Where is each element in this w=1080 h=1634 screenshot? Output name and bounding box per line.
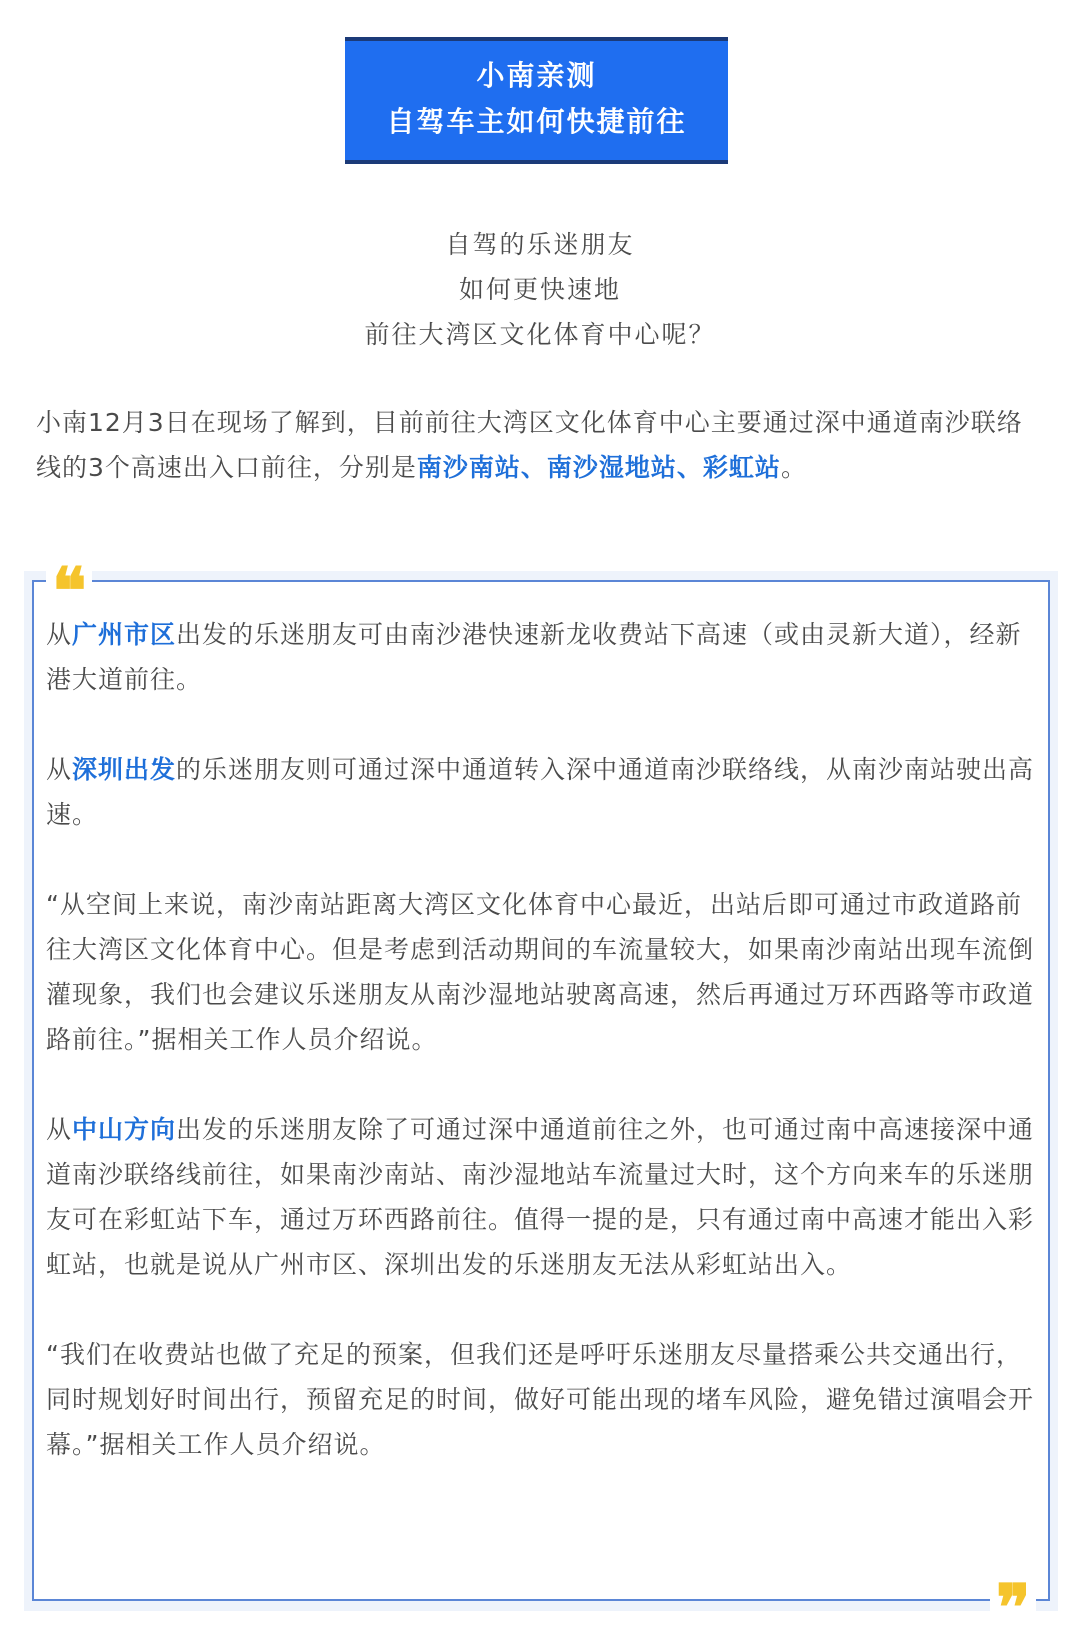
highlight-guangzhou: 广州市区 (72, 620, 176, 649)
paragraph-text: 出发的乐迷朋友可由南沙港快速新龙收费站下高速（或由灵新大道），经新港大道前往。 (46, 620, 1022, 694)
highlight-zhongshan: 中山方向 (72, 1115, 176, 1144)
paragraph-prefix: 从 (46, 755, 72, 784)
lead-text-end: 。 (781, 453, 807, 482)
paragraph-text: “从空间上来说，南沙南站距离大湾区文化体育中心最近，出站后即可通过市政道路前往大… (46, 890, 1034, 1054)
paragraph-prefix: 从 (46, 1115, 72, 1144)
paragraph-prefix: 从 (46, 620, 72, 649)
quote-paragraph-shenzhen: 从深圳出发的乐迷朋友则可通过深中通道转入深中通道南沙联络线，从南沙南站驶出高速。 (46, 747, 1036, 837)
title-line-2: 自驾车主如何快捷前往 (345, 99, 728, 145)
lead-highlight-stations: 南沙南站、南沙湿地站、彩虹站 (417, 453, 781, 482)
intro-text: 自驾的乐迷朋友 如何更快速地 前往大湾区文化体育中心呢？ (0, 222, 1080, 357)
paragraph-text: 的乐迷朋友则可通过深中通道转入深中通道南沙联络线，从南沙南站驶出高速。 (46, 755, 1034, 829)
quote-paragraph-staff-1: “从空间上来说，南沙南站距离大湾区文化体育中心最近，出站后即可通过市政道路前往大… (46, 882, 1036, 1062)
quote-body: 从广州市区出发的乐迷朋友可由南沙港快速新龙收费站下高速（或由灵新大道），经新港大… (46, 612, 1036, 1512)
intro-line: 前往大湾区文化体育中心呢？ (0, 312, 1080, 357)
intro-line: 自驾的乐迷朋友 (0, 222, 1080, 267)
title-line-1: 小南亲测 (345, 53, 728, 99)
paragraph-text: 出发的乐迷朋友除了可通过深中通道前往之外，也可通过南中高速接深中通道南沙联络线前… (46, 1115, 1034, 1279)
lead-paragraph: 小南12月3日在现场了解到，目前前往大湾区文化体育中心主要通过深中通道南沙联络线… (36, 400, 1036, 490)
highlight-shenzhen: 深圳出发 (72, 755, 176, 784)
quote-paragraph-zhongshan: 从中山方向出发的乐迷朋友除了可通过深中通道前往之外，也可通过南中高速接深中通道南… (46, 1107, 1036, 1287)
close-quote-icon: ❞ (990, 1577, 1036, 1634)
section-title-box: 小南亲测 自驾车主如何快捷前往 (345, 37, 728, 164)
quote-paragraph-staff-2: “我们在收费站也做了充足的预案，但我们还是呼吁乐迷朋友尽量搭乘公共交通出行，同时… (46, 1332, 1036, 1467)
paragraph-text: “我们在收费站也做了充足的预案，但我们还是呼吁乐迷朋友尽量搭乘公共交通出行，同时… (46, 1340, 1034, 1459)
intro-line: 如何更快速地 (0, 267, 1080, 312)
quote-paragraph-guangzhou: 从广州市区出发的乐迷朋友可由南沙港快速新龙收费站下高速（或由灵新大道），经新港大… (46, 612, 1036, 702)
